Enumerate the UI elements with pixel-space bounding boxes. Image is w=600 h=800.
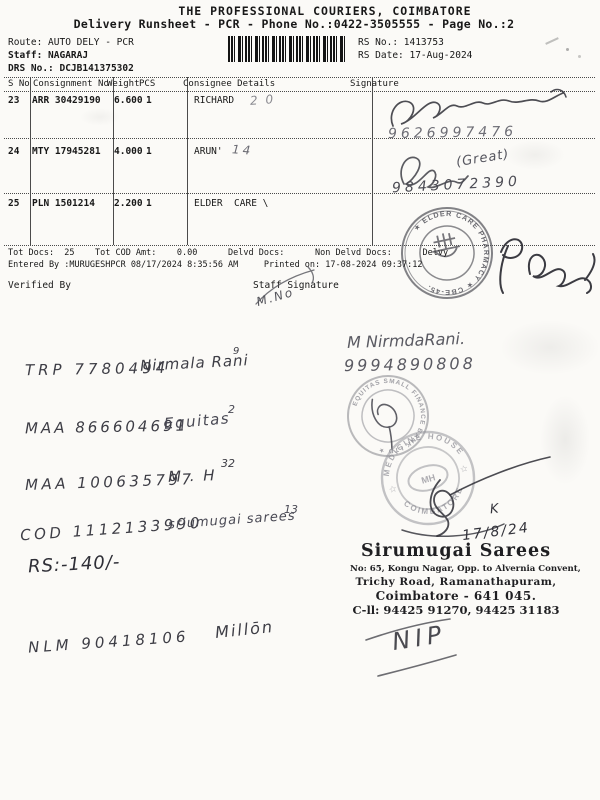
drs-number-label: DRS No.: DCJB141375302 xyxy=(8,63,134,74)
row24-sno: 24 xyxy=(8,146,19,157)
row24-consignee: ARUN' xyxy=(194,146,223,157)
signature-initial: K xyxy=(489,502,499,518)
delivery-runsheet-scan: THE PROFESSIONAL COURIERS, COIMBATORE De… xyxy=(0,0,600,800)
verified-by-label: Verified By xyxy=(8,280,71,291)
col-header-consignment: Consignment No xyxy=(33,79,109,89)
entry4-receiver-name: sriumugai sarees xyxy=(168,509,296,533)
pencil-mark xyxy=(578,55,581,58)
col-header-sno: S No xyxy=(8,79,30,89)
entry4-superscript: 13 xyxy=(284,503,298,516)
row25-signature xyxy=(490,226,598,298)
pencil-mark xyxy=(545,37,559,45)
staff-label: Staff: NAGARAJ xyxy=(8,50,88,61)
col-header-pcs: PCS xyxy=(139,79,155,89)
table-column-line xyxy=(372,77,373,245)
totals-line: Tot Docs: 25 Tot COD Amt: 0.00 Delvd Doc… xyxy=(8,248,448,258)
row23-consignment: ARR 30429190 xyxy=(32,95,101,106)
sirumugai-stamp-addr2: Trichy Road, Ramanathapuram, xyxy=(350,576,562,588)
cod-amount: RS:-140/- xyxy=(28,552,121,578)
entry5-receiver-name: Millōn xyxy=(214,617,275,642)
rs-date-label: RS Date: 17-Aug-2024 xyxy=(358,50,472,61)
row24-weight: 4.000 xyxy=(114,146,143,157)
row24-handwritten-note: 14 xyxy=(232,142,254,157)
row25-pcs: 1 xyxy=(146,198,152,209)
row23-weight: 6.600 xyxy=(114,95,143,106)
route-label: Route: AUTO DELY - PCR xyxy=(8,37,134,48)
barcode xyxy=(228,36,345,62)
sirumugai-stamp-name: Sirumugai Sarees xyxy=(350,541,562,561)
row24-pcs: 1 xyxy=(146,146,152,157)
entered-line: Entered By :MURUGESHPCR 08/17/2024 8:35:… xyxy=(8,260,423,270)
scan-smudge xyxy=(80,108,120,126)
rs-number-label: RS No.: 1413753 xyxy=(358,37,444,48)
row23-consignee: RICHARD xyxy=(194,95,234,106)
page-title: THE PROFESSIONAL COURIERS, COIMBATORE xyxy=(50,4,600,18)
row23-pcs: 1 xyxy=(146,95,152,106)
col-header-consignee: Consignee Details xyxy=(183,79,275,89)
scan-smudge xyxy=(500,320,600,375)
sirumugai-stamp-addr1: No: 65, Kongu Nagar, Opp. to Alvernia Co… xyxy=(350,564,562,574)
row23-handwritten-note: 2 0 xyxy=(250,92,276,108)
col-header-weight: Weight xyxy=(107,79,140,89)
row25-sno: 25 xyxy=(8,198,19,209)
row25-weight: 2.200 xyxy=(114,198,143,209)
entry1-superscript: 9 xyxy=(233,346,239,357)
entry2-receiver-name: Equitas xyxy=(163,409,230,433)
row23-signature-phone: 9626997476 xyxy=(388,124,517,142)
row23-sno: 23 xyxy=(8,95,19,106)
page-subtitle: Delivery Runsheet - PCR - Phone No.:0422… xyxy=(0,17,588,31)
table-rule-row2 xyxy=(4,193,595,194)
pencil-mark xyxy=(566,48,569,51)
table-column-line xyxy=(187,77,188,245)
entry3-superscript: 32 xyxy=(221,457,235,470)
entry3-receiver-name: M . H xyxy=(168,466,217,486)
sirumugai-stamp-addr3: Coimbatore - 641 045. xyxy=(350,589,562,603)
entry5-consignment-code: NLM 90418106 xyxy=(28,627,191,656)
table-column-line xyxy=(30,77,31,245)
row25-consignee: ELDER CARE \ xyxy=(194,198,268,209)
entry2-superscript: 2 xyxy=(228,403,235,416)
row25-consignment: PLN 1501214 xyxy=(32,198,95,209)
table-rule-top xyxy=(4,77,595,78)
row24-consignment: MTY 17945281 xyxy=(32,146,101,157)
scan-smudge xyxy=(505,140,565,170)
